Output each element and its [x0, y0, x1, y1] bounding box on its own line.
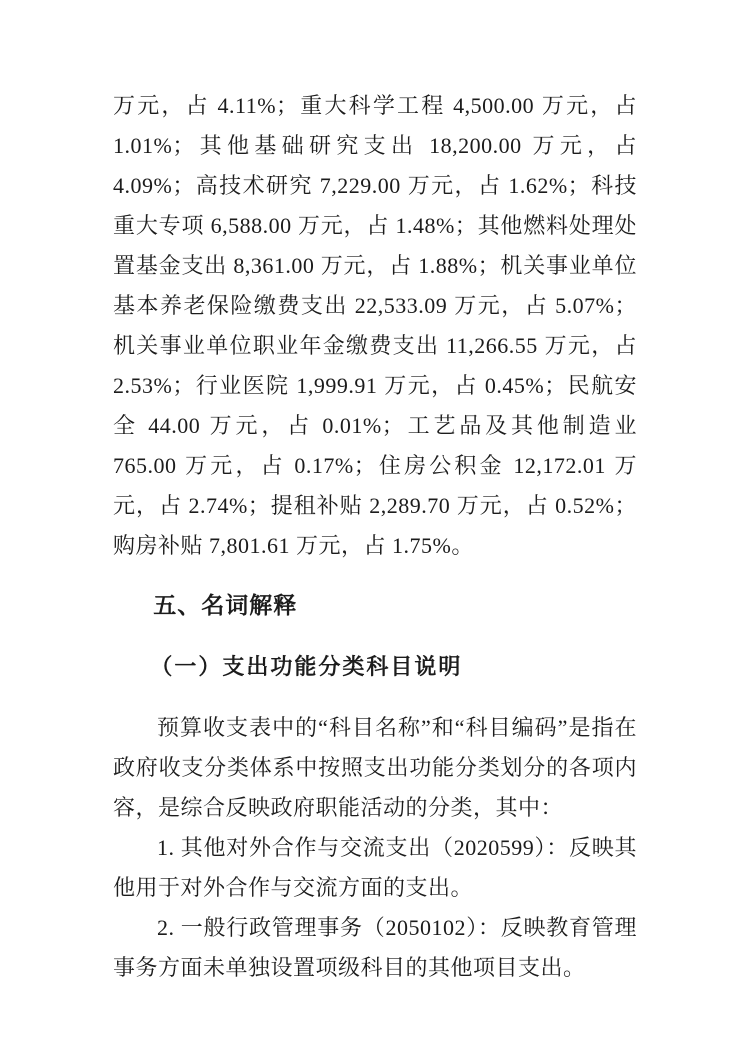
definition-item-2: 2. 一般行政管理事务（2050102）：反映教育管理事务方面未单独设置项级科目…: [113, 908, 637, 988]
section-heading-terms-explanation: 五、名词解释: [113, 590, 637, 620]
definition-item-1: 1. 其他对外合作与交流支出（2020599）：反映其他用于对外合作与交流方面的…: [113, 828, 637, 908]
classification-intro-paragraph: 预算收支表中的“科目名称”和“科目编码”是指在政府收支分类体系中按照支出功能分类…: [113, 708, 637, 828]
budget-percentages-paragraph: 万元，占 4.11%；重大科学工程 4,500.00 万元，占 1.01%；其他…: [113, 86, 637, 566]
subsection-heading-expenditure-classification: （一）支出功能分类科目说明: [113, 653, 637, 681]
document-page: 万元，占 4.11%；重大科学工程 4,500.00 万元，占 1.01%；其他…: [0, 0, 750, 1060]
